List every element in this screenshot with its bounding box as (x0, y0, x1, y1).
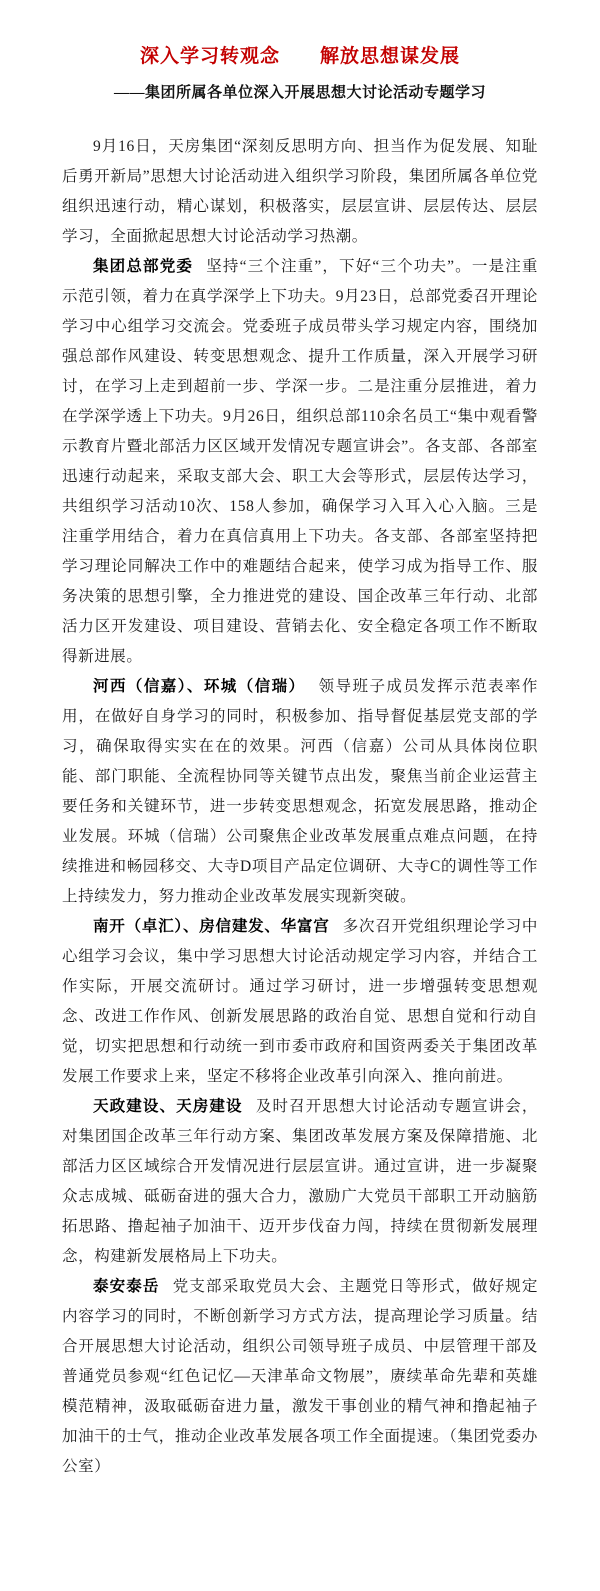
section-lead: 集团总部党委 (93, 258, 193, 275)
section-lead: 河西（信嘉）、环城（信瑞） (93, 678, 305, 695)
page-title: 深入学习转观念 解放思想谋发展 (62, 44, 538, 70)
paragraph-text: 及时召开思想大讨论活动专题宣讲会，对集团国企改革三年行动方案、集团改革发展方案及… (62, 1098, 538, 1265)
paragraph: 9月16日，天房集团“深刻反思明方向、担当作为促发展、知耻后勇开新局”思想大讨论… (62, 132, 538, 252)
page-subtitle: ——集团所属各单位深入开展思想大讨论活动专题学习 (62, 82, 538, 104)
paragraph-text: 党支部采取党员大会、主题党日等形式，做好规定内容学习的同时，不断创新学习方式方法… (62, 1278, 538, 1475)
paragraph-text: 9月16日，天房集团“深刻反思明方向、担当作为促发展、知耻后勇开新局”思想大讨论… (62, 138, 538, 245)
paragraph-text: 领导班子成员发挥示范表率作用，在做好自身学习的同时，积极参加、指导督促基层党支部… (62, 678, 538, 905)
paragraph: 河西（信嘉）、环城（信瑞）领导班子成员发挥示范表率作用，在做好自身学习的同时，积… (62, 672, 538, 912)
section-lead: 南开（卓汇）、房信建发、华富宫 (93, 918, 330, 935)
paragraph-text: 坚持“三个注重”，下好“三个功夫”。一是注重示范引领，着力在真学深学上下功夫。9… (62, 258, 538, 665)
paragraph: 南开（卓汇）、房信建发、华富宫多次召开党组织理论学习中心组学习会议，集中学习思想… (62, 912, 538, 1092)
paragraph-text: 多次召开党组织理论学习中心组学习会议，集中学习思想大讨论活动规定学习内容，并结合… (62, 918, 538, 1085)
document-page: 深入学习转观念 解放思想谋发展 ——集团所属各单位深入开展思想大讨论活动专题学习… (0, 0, 600, 1591)
section-lead: 泰安泰岳 (93, 1278, 160, 1295)
paragraph: 集团总部党委坚持“三个注重”，下好“三个功夫”。一是注重示范引领，着力在真学深学… (62, 252, 538, 672)
article-body: 9月16日，天房集团“深刻反思明方向、担当作为促发展、知耻后勇开新局”思想大讨论… (62, 132, 538, 1482)
section-lead: 天政建设、天房建设 (93, 1098, 243, 1115)
paragraph: 天政建设、天房建设及时召开思想大讨论活动专题宣讲会，对集团国企改革三年行动方案、… (62, 1092, 538, 1272)
paragraph: 泰安泰岳党支部采取党员大会、主题党日等形式，做好规定内容学习的同时，不断创新学习… (62, 1272, 538, 1482)
